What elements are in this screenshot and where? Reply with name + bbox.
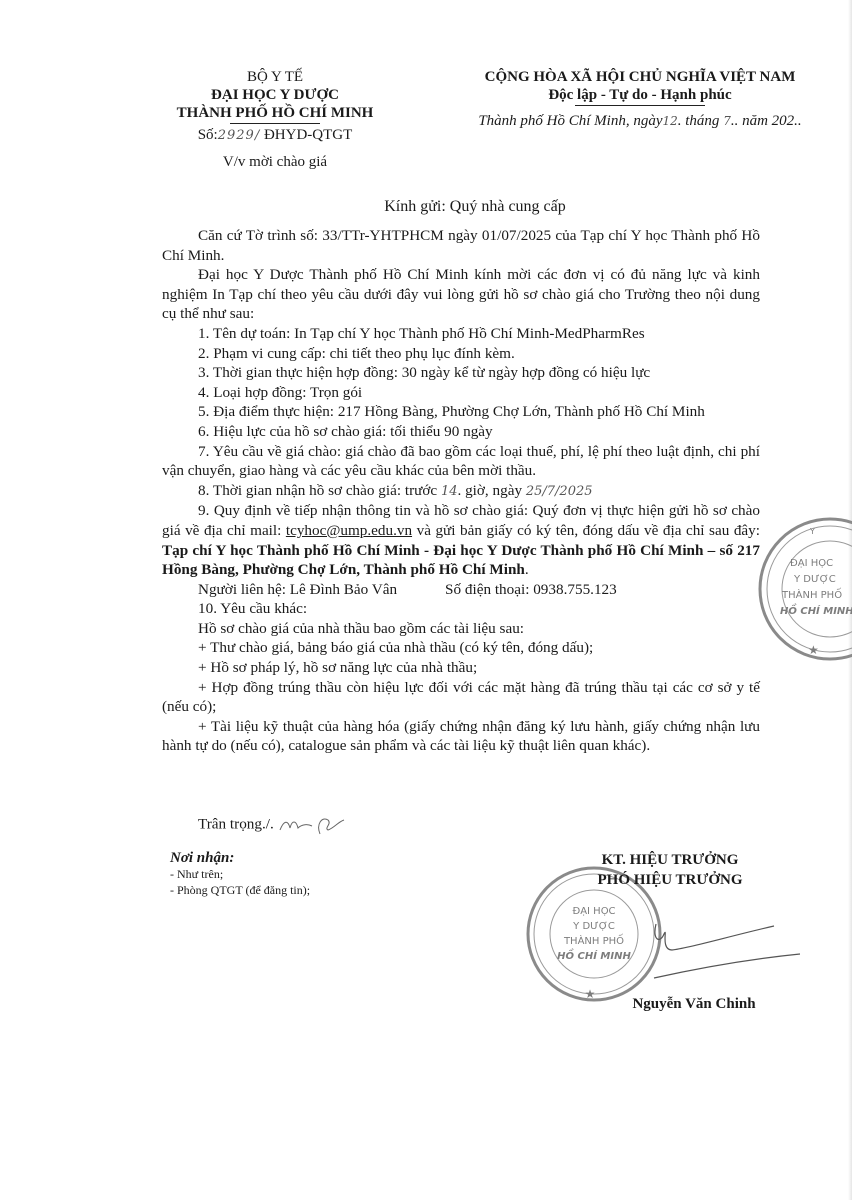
contact-phone: Số điện thoại: 0938.755.123 [445, 580, 617, 600]
submission-deadline: 8. Thời gian nhận hồ sơ chào giá: trước … [162, 481, 760, 502]
deadline-prefix: 8. Thời gian nhận hồ sơ chào giá: trước [198, 482, 441, 499]
email-link[interactable]: tcyhoc@ump.edu.vn [286, 522, 412, 539]
doc-item: + Thư chào giá, bảng báo giá của nhà thầ… [162, 638, 760, 658]
basis-paragraph: Căn cứ Tờ trình số: 33/TTr-YHTPHCM ngày … [162, 226, 760, 265]
svg-text:Y: Y [809, 527, 815, 536]
doc-number-suffix: ĐHYD-QTGT [260, 127, 352, 143]
edge-seal-text: HỒ CHÍ MINH [780, 602, 852, 617]
document-number: Số:2929/ ĐHYD-QTGT [160, 126, 390, 145]
price-requirement: 7. Yêu cầu về giá chào: giá chào đã bao … [162, 442, 760, 481]
date-suffix: .. năm 202.. [731, 113, 802, 129]
header-underline [230, 123, 320, 124]
submission-rules: 9. Quy định về tiếp nhận thông tin và hồ… [162, 501, 760, 579]
edge-seal-text: Y DƯỢC [793, 574, 836, 585]
svg-text:★: ★ [808, 643, 819, 657]
recipient-item: - Phòng QTGT (để đăng tin); [170, 882, 310, 898]
edge-seal-text: ĐẠI HỌC [790, 558, 833, 569]
list-item: 1. Tên dự toán: In Tạp chí Y học Thành p… [162, 324, 760, 344]
recipient-item: - Như trên; [170, 866, 310, 882]
signer-block: KT. HIỆU TRƯỞNG PHÓ HIỆU TRƯỞNG Nguyễn V… [520, 850, 820, 890]
doc-item: + Hồ sơ pháp lý, hồ sơ năng lực của nhà … [162, 658, 760, 678]
deadline-date-handwritten: 25/7/2025 [526, 484, 593, 499]
other-requirements-heading: 10. Yêu cầu khác: [162, 599, 760, 619]
doc-number-prefix: Số: [198, 127, 218, 143]
signer-name: Nguyễn Văn Chinh [520, 994, 844, 1014]
initials-signature-icon [278, 814, 348, 836]
list-item: 6. Hiệu lực của hồ sơ chào giá: tối thiể… [162, 422, 760, 442]
page-edge [848, 0, 852, 1200]
ministry-name: BỘ Y TẾ [160, 68, 390, 86]
salutation: Kính gửi: Quý nhà cung cấp [150, 198, 800, 216]
doc-item: + Hợp đồng trúng thầu còn hiệu lực đối v… [162, 678, 760, 717]
letter-body: Căn cứ Tờ trình số: 33/TTr-YHTPHCM ngày … [162, 226, 760, 756]
seal-text-line: ĐẠI HỌC [572, 906, 615, 917]
list-item: 3. Thời gian thực hiện hợp đồng: 30 ngày… [162, 363, 760, 383]
signature-icon [650, 920, 810, 990]
list-item: 4. Loại hợp đồng: Trọn gói [162, 383, 760, 403]
date-mid: . tháng [678, 113, 723, 129]
date-prefix: Thành phố Hồ Chí Minh, ngày [478, 113, 662, 129]
issuer-header: BỘ Y TẾ ĐẠI HỌC Y DƯỢC THÀNH PHỐ HỒ CHÍ … [160, 68, 390, 171]
date-day-handwritten: 12 [662, 114, 677, 128]
recipients-block: Nơi nhận: - Như trên; - Phòng QTGT (để đ… [170, 850, 310, 898]
doc-item: + Tài liệu kỹ thuật của hàng hóa (giấy c… [162, 717, 760, 756]
period: . [525, 561, 529, 578]
list-item: 2. Phạm vi cung cấp: chi tiết theo phụ l… [162, 344, 760, 364]
recipients-label: Nơi nhận: [170, 850, 310, 866]
closing-text: Trân trọng./. [198, 815, 274, 832]
docs-intro: Hồ sơ chào giá của nhà thầu bao gồm các … [162, 619, 760, 639]
deadline-mid: . giờ, ngày [457, 482, 525, 499]
motto-underline [575, 105, 705, 106]
date-month-handwritten: 7 [723, 114, 731, 128]
signer-title-2: PHÓ HIỆU TRƯỞNG [520, 870, 820, 890]
contact-person: Người liên hệ: Lê Đình Bảo Vân [198, 581, 397, 598]
contact-line: Người liên hệ: Lê Đình Bảo VânSố điện th… [162, 580, 760, 600]
issue-date: Thành phố Hồ Chí Minh, ngày12. tháng 7..… [440, 112, 840, 130]
doc-number-handwritten: 2929/ [218, 128, 260, 143]
intro-paragraph: Đại học Y Dược Thành phố Hồ Chí Minh kín… [162, 265, 760, 324]
nation-title: CỘNG HÒA XÃ HỘI CHỦ NGHĨA VIỆT NAM [440, 68, 840, 86]
university-name-line1: ĐẠI HỌC Y DƯỢC [160, 86, 390, 104]
document-subject: V/v mời chào giá [160, 153, 390, 171]
edge-seal-icon: Y ĐẠI HỌC Y DƯỢC THÀNH PHỐ HỒ CHÍ MINH ★ [750, 514, 852, 664]
edge-seal-text: THÀNH PHỐ [781, 587, 842, 601]
document-page: BỘ Y TẾ ĐẠI HỌC Y DƯỢC THÀNH PHỐ HỒ CHÍ … [0, 0, 852, 1200]
signer-title-1: KT. HIỆU TRƯỞNG [520, 850, 820, 870]
national-motto: Độc lập - Tự do - Hạnh phúc [440, 86, 840, 104]
seal-text-line: THÀNH PHỐ [563, 933, 624, 947]
seal-text-line: Y DƯỢC [572, 921, 615, 932]
deadline-hour-handwritten: 14 [441, 484, 458, 499]
university-name-line2: THÀNH PHỐ HỒ CHÍ MINH [160, 104, 390, 122]
list-item: 5. Địa điểm thực hiện: 217 Hồng Bàng, Ph… [162, 402, 760, 422]
closing: Trân trọng./. [198, 814, 348, 836]
national-header: CỘNG HÒA XÃ HỘI CHỦ NGHĨA VIỆT NAM Độc l… [440, 68, 840, 130]
seal-text-line: HỒ CHÍ MINH [557, 947, 631, 962]
mailing-address: Tạp chí Y học Thành phố Hồ Chí Minh - Đạ… [162, 542, 760, 579]
submission-rules-mid: và gửi bản giấy có ký tên, đóng dấu về đ… [412, 522, 760, 539]
